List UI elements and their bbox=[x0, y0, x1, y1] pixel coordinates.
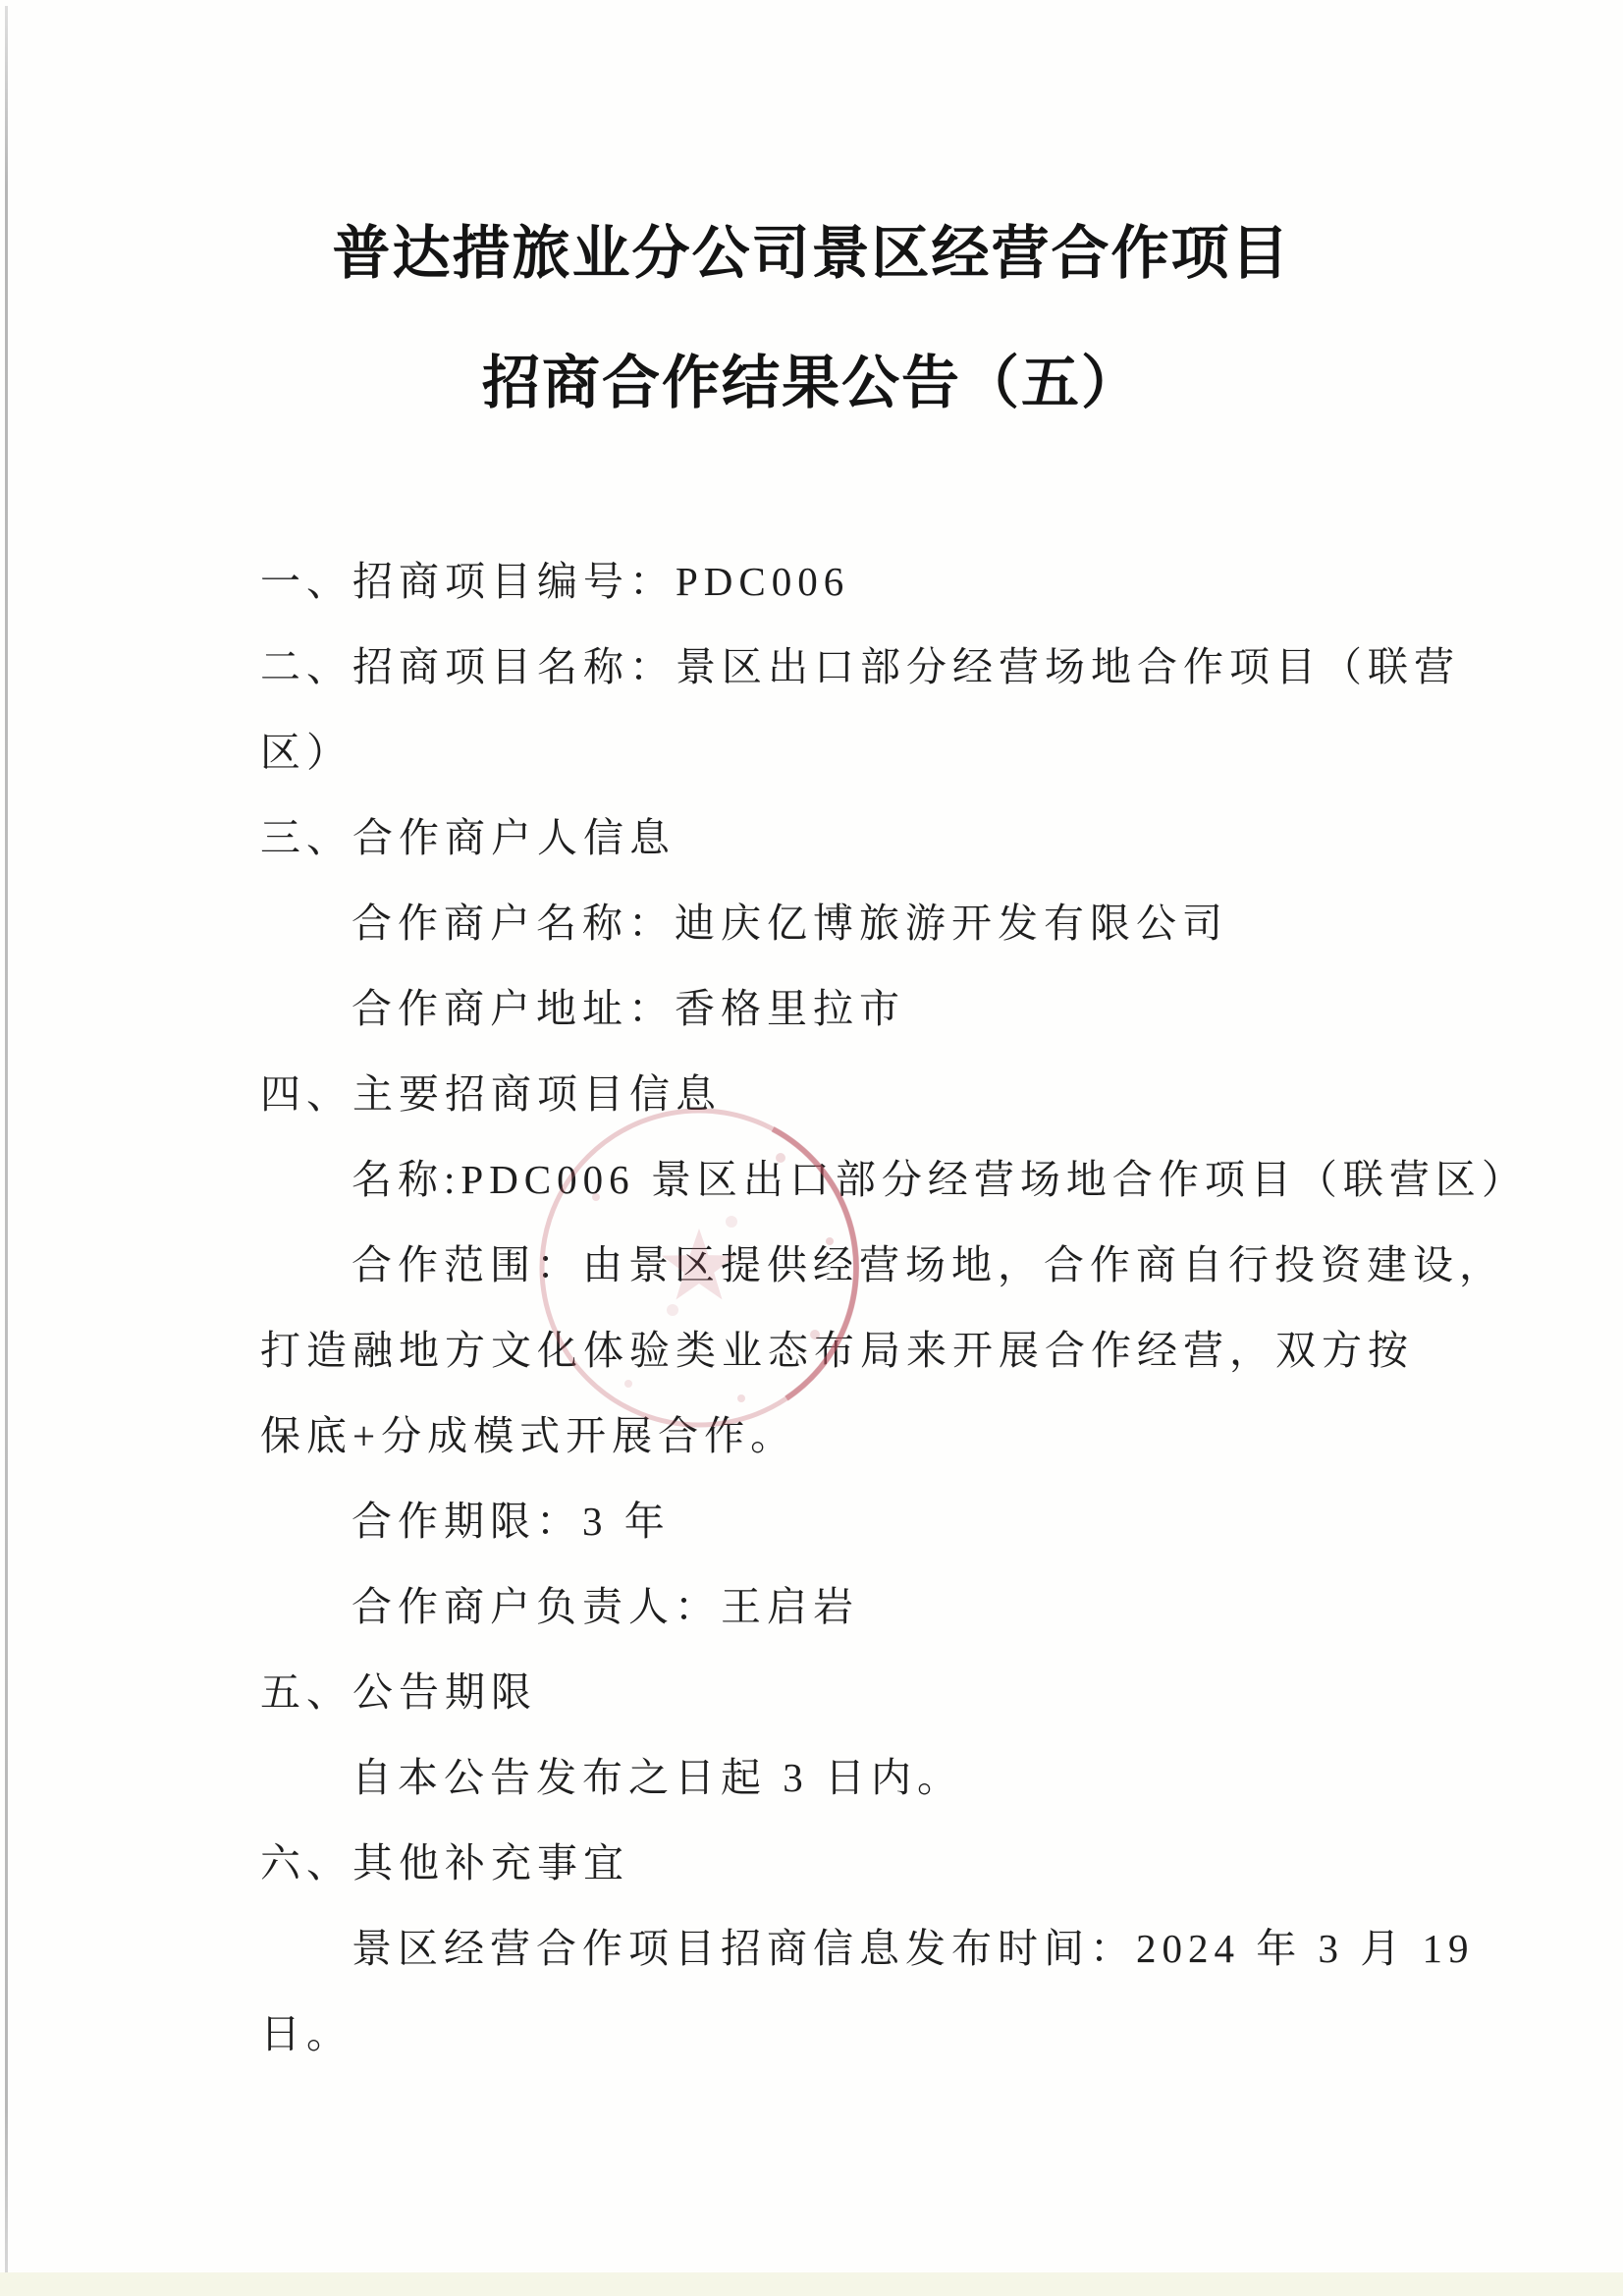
body-line: 日。 bbox=[260, 1992, 1443, 2077]
body-line: 合作商户地址：香格里拉市 bbox=[260, 966, 1443, 1052]
body-line: 合作范围：由景区提供经营场地，合作商自行投资建设， bbox=[260, 1223, 1443, 1308]
body-line: 景区经营合作项目招商信息发布时间：2024 年 3 月 19 bbox=[260, 1906, 1443, 1992]
body-line: 三、合作商户人信息 bbox=[260, 795, 1443, 881]
body-line: 二、招商项目名称：景区出口部分经营场地合作项目（联营 bbox=[260, 625, 1443, 710]
body-line: 六、其他补充事宜 bbox=[260, 1821, 1443, 1906]
body-line: 自本公告发布之日起 3 日内。 bbox=[260, 1735, 1443, 1821]
body-line: 五、公告期限 bbox=[260, 1650, 1443, 1735]
body-line: 四、主要招商项目信息 bbox=[260, 1052, 1443, 1137]
scan-bottom-artifact bbox=[0, 2272, 1623, 2296]
body-line: 合作期限：3 年 bbox=[260, 1479, 1443, 1564]
document-title: 普达措旅业分公司景区经营合作项目 招商合作结果公告（五） bbox=[0, 208, 1623, 428]
body-line: 合作商户负责人：王启岩 bbox=[260, 1564, 1443, 1650]
document-body: 一、招商项目编号：PDC006 二、招商项目名称：景区出口部分经营场地合作项目（… bbox=[260, 539, 1443, 2077]
title-line-2: 招商合作结果公告（五） bbox=[0, 338, 1623, 428]
body-line: 合作商户名称：迪庆亿博旅游开发有限公司 bbox=[260, 881, 1443, 966]
body-line: 区） bbox=[260, 710, 1443, 795]
body-line: 一、招商项目编号：PDC006 bbox=[260, 539, 1443, 625]
body-line: 保底+分成模式开展合作。 bbox=[260, 1394, 1443, 1479]
body-line: 打造融地方文化体验类业态布局来开展合作经营，双方按 bbox=[260, 1308, 1443, 1394]
scanned-document-page: 普达措旅业分公司景区经营合作项目 招商合作结果公告（五） 一、招商项目编号：PD… bbox=[0, 0, 1623, 2296]
title-line-1: 普达措旅业分公司景区经营合作项目 bbox=[0, 208, 1623, 299]
body-line: 名称:PDC006 景区出口部分经营场地合作项目（联营区） bbox=[260, 1137, 1443, 1223]
